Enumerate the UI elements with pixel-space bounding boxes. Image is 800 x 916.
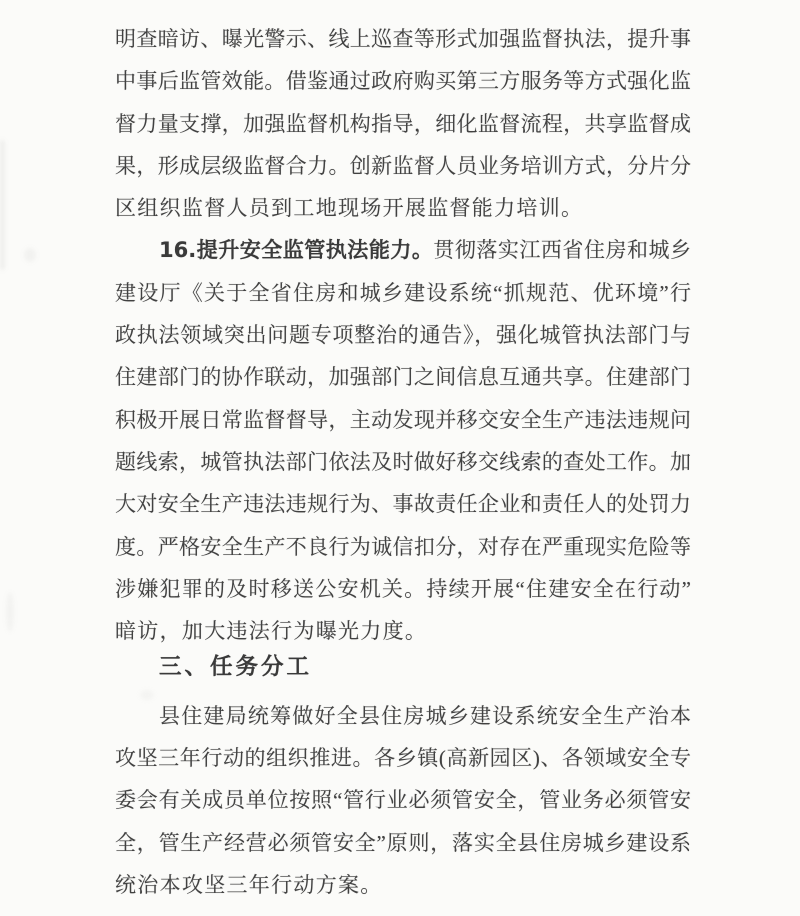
text-line: 督力量支撑，加强监督机构指导，细化监督流程，共享监督成	[115, 103, 691, 145]
text-line: 涉嫌犯罪的及时移送公安机关。持续开展“住建安全在行动”	[115, 568, 691, 610]
scan-smudge	[6, 592, 14, 632]
text-line: 攻坚三年行动的组织推进。各乡镇(高新园区)、各领域安全专	[115, 737, 691, 779]
text-line: 政执法领域突出问题专项整治的通告》，强化城管执法部门与	[115, 314, 691, 356]
text-line: 大对安全生产违法违规行为、事故责任企业和责任人的处罚力	[115, 483, 691, 525]
text-line: 区组织监督人员到工地现场开展监督能力培训。	[115, 187, 691, 229]
scan-smudge	[0, 140, 5, 270]
scanned-document-page: 明查暗访、曝光警示、线上巡查等形式加强监督执法，提升事 中事后监管效能。借鉴通过…	[0, 0, 800, 916]
text-line: 统治本攻坚三年行动方案。	[115, 864, 691, 906]
document-body: 明查暗访、曝光警示、线上巡查等形式加强监督执法，提升事 中事后监管效能。借鉴通过…	[115, 18, 691, 906]
text-line-item-16: 16.提升安全监管执法能力。贯彻落实江西省住房和城乡	[115, 229, 691, 271]
item-16-lead-continuation: 贯彻落实江西省住房和城乡	[433, 238, 691, 262]
text-line: 建设厅《关于全省住房和城乡建设系统“抓规范、优环境”行	[115, 272, 691, 314]
text-line: 委会有关成员单位按照“管行业必须管安全，管业务必须管安	[115, 779, 691, 821]
text-line: 县住建局统筹做好全县住房城乡建设系统安全生产治本	[115, 695, 691, 737]
text-line: 题线索，城管执法部门依法及时做好移交线索的查处工作。加	[115, 441, 691, 483]
text-line: 中事后监管效能。借鉴通过政府购买第三方服务等方式强化监	[115, 60, 691, 102]
text-line: 明查暗访、曝光警示、线上巡查等形式加强监督执法，提升事	[115, 18, 691, 60]
item-16-bold-lead: 16.提升安全监管执法能力。	[159, 238, 433, 262]
text-line: 积极开展日常监督督导，主动发现并移交安全生产违法违规问	[115, 399, 691, 441]
scan-smudge	[24, 248, 36, 262]
section-heading: 三、任务分工	[115, 646, 691, 688]
text-line: 果，形成层级监督合力。创新监督人员业务培训方式，分片分	[115, 145, 691, 187]
text-line: 度。严格安全生产不良行为诚信扣分，对存在严重现实危险等	[115, 526, 691, 568]
text-line: 全，管生产经营必须管安全”原则，落实全县住房城乡建设系	[115, 822, 691, 864]
text-line: 住建部门的协作联动，加强部门之间信息互通共享。住建部门	[115, 356, 691, 398]
